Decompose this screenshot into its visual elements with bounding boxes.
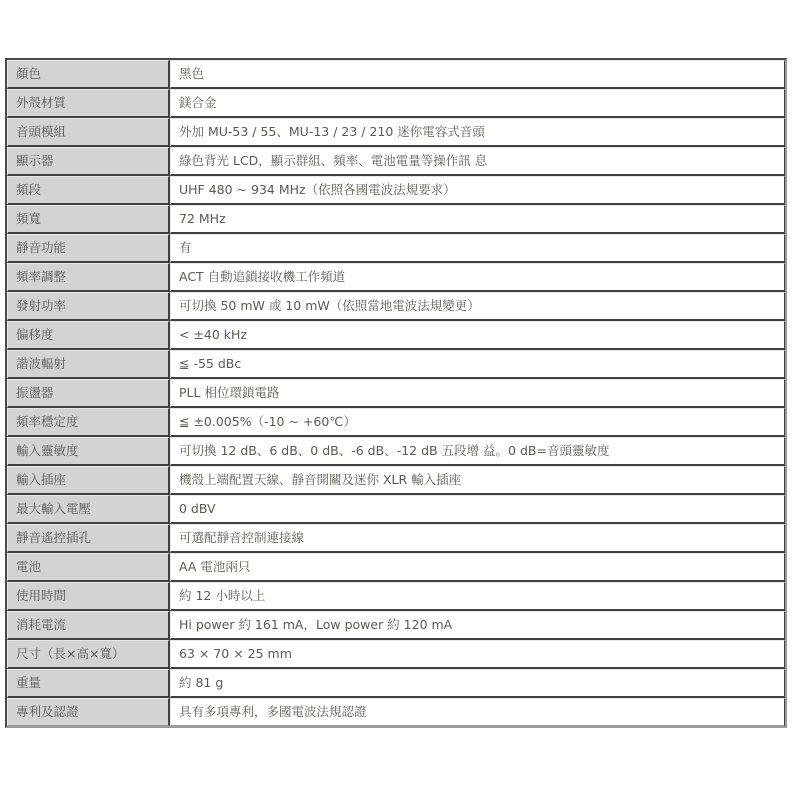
table-row-battery: 電池 AA 電池兩只 xyxy=(7,553,785,582)
spec-value: 具有多項專利，多國電波法規認證 xyxy=(170,698,785,726)
table-row-operating-time: 使用時間 約 12 小時以上 xyxy=(7,582,785,611)
spec-value: UHF 480 ~ 934 MHz（依照各國電波法規要求） xyxy=(170,176,785,205)
spec-value: 黑色 xyxy=(170,60,785,89)
spec-value: 可選配靜音控制連接線 xyxy=(170,524,785,553)
table-row-bandwidth: 頻寬 72 MHz xyxy=(7,205,785,234)
specification-table: 顏色 黑色 外殼材質 鎂合金 音頭模組 外加 MU-53 / 55、MU-13 … xyxy=(5,58,787,728)
spec-table-container: 顏色 黑色 外殼材質 鎂合金 音頭模組 外加 MU-53 / 55、MU-13 … xyxy=(5,58,787,728)
spec-value: 72 MHz xyxy=(170,205,785,234)
table-row-mute-remote-jack: 靜音遙控插孔 可選配靜音控制連接線 xyxy=(7,524,785,553)
spec-value: AA 電池兩只 xyxy=(170,553,785,582)
spec-label: 顯示器 xyxy=(7,147,170,176)
spec-value: ≦ -55 dBc xyxy=(170,350,785,379)
table-row-housing-material: 外殼材質 鎂合金 xyxy=(7,89,785,118)
spec-label: 發射功率 xyxy=(7,292,170,321)
spec-label: 最大輸入電壓 xyxy=(7,495,170,524)
spec-value: 約 12 小時以上 xyxy=(170,582,785,611)
spec-value: 綠色背光 LCD，顯示群組、頻率、電池電量等操作訊 息 xyxy=(170,147,785,176)
table-row-patents-certification: 專利及認證 具有多項專利，多國電波法規認證 xyxy=(7,698,785,726)
spec-label: 音頭模組 xyxy=(7,118,170,147)
table-row-weight: 重量 約 81 g xyxy=(7,669,785,698)
spec-label: 頻率穩定度 xyxy=(7,408,170,437)
spec-label: 輸入插座 xyxy=(7,466,170,495)
spec-value: 63 × 70 × 25 mm xyxy=(170,640,785,669)
table-row-frequency-adjust: 頻率調整 ACT 自動追鎖接收機工作頻道 xyxy=(7,263,785,292)
spec-label: 專利及認證 xyxy=(7,698,170,726)
spec-label: 頻寬 xyxy=(7,205,170,234)
spec-label: 頻段 xyxy=(7,176,170,205)
spec-label: 諧波輻射 xyxy=(7,350,170,379)
spec-label: 使用時間 xyxy=(7,582,170,611)
table-row-input-jack: 輸入插座 機殼上端配置天線、靜音開關及迷你 XLR 輸入插座 xyxy=(7,466,785,495)
table-row-deviation: 偏移度 < ±40 kHz xyxy=(7,321,785,350)
spec-label: 尺寸（長×高×寬） xyxy=(7,640,170,669)
table-row-display: 顯示器 綠色背光 LCD，顯示群組、頻率、電池電量等操作訊 息 xyxy=(7,147,785,176)
spec-value: ACT 自動追鎖接收機工作頻道 xyxy=(170,263,785,292)
spec-value: 機殼上端配置天線、靜音開關及迷你 XLR 輸入插座 xyxy=(170,466,785,495)
spec-value: 可切換 12 dB、6 dB、0 dB、-6 dB、-12 dB 五段增 益。0… xyxy=(170,437,785,466)
spec-label: 偏移度 xyxy=(7,321,170,350)
spec-label: 靜音遙控插孔 xyxy=(7,524,170,553)
spec-value: 外加 MU-53 / 55、MU-13 / 23 / 210 迷你電容式音頭 xyxy=(170,118,785,147)
spec-value: PLL 相位環鎖電路 xyxy=(170,379,785,408)
spec-label: 消耗電流 xyxy=(7,611,170,640)
spec-label: 重量 xyxy=(7,669,170,698)
table-row-current-consumption: 消耗電流 Hi power 約 161 mA，Low power 約 120 m… xyxy=(7,611,785,640)
spec-value: 可切換 50 mW 或 10 mW（依照當地電波法規變更） xyxy=(170,292,785,321)
table-row-max-input-voltage: 最大輸入電壓 0 dBV xyxy=(7,495,785,524)
table-row-mic-module: 音頭模組 外加 MU-53 / 55、MU-13 / 23 / 210 迷你電容… xyxy=(7,118,785,147)
table-row-color: 顏色 黑色 xyxy=(7,60,785,89)
spec-label: 振盪器 xyxy=(7,379,170,408)
table-row-frequency-stability: 頻率穩定度 ≦ ±0.005%（-10 ~ +60℃） xyxy=(7,408,785,437)
spec-label: 顏色 xyxy=(7,60,170,89)
table-row-harmonic-emission: 諧波輻射 ≦ -55 dBc xyxy=(7,350,785,379)
spec-label: 輸入靈敏度 xyxy=(7,437,170,466)
spec-value: 有 xyxy=(170,234,785,263)
spec-label: 電池 xyxy=(7,553,170,582)
spec-label: 外殼材質 xyxy=(7,89,170,118)
spec-value: ≦ ±0.005%（-10 ~ +60℃） xyxy=(170,408,785,437)
table-row-transmit-power: 發射功率 可切換 50 mW 或 10 mW（依照當地電波法規變更） xyxy=(7,292,785,321)
table-row-frequency-band: 頻段 UHF 480 ~ 934 MHz（依照各國電波法規要求） xyxy=(7,176,785,205)
spec-value: 0 dBV xyxy=(170,495,785,524)
table-row-oscillator: 振盪器 PLL 相位環鎖電路 xyxy=(7,379,785,408)
spec-value: 鎂合金 xyxy=(170,89,785,118)
table-row-input-sensitivity: 輸入靈敏度 可切換 12 dB、6 dB、0 dB、-6 dB、-12 dB 五… xyxy=(7,437,785,466)
spec-value: < ±40 kHz xyxy=(170,321,785,350)
spec-label: 靜音功能 xyxy=(7,234,170,263)
table-row-dimensions: 尺寸（長×高×寬） 63 × 70 × 25 mm xyxy=(7,640,785,669)
spec-label: 頻率調整 xyxy=(7,263,170,292)
spec-value: 約 81 g xyxy=(170,669,785,698)
table-row-mute-function: 靜音功能 有 xyxy=(7,234,785,263)
spec-value: Hi power 約 161 mA，Low power 約 120 mA xyxy=(170,611,785,640)
